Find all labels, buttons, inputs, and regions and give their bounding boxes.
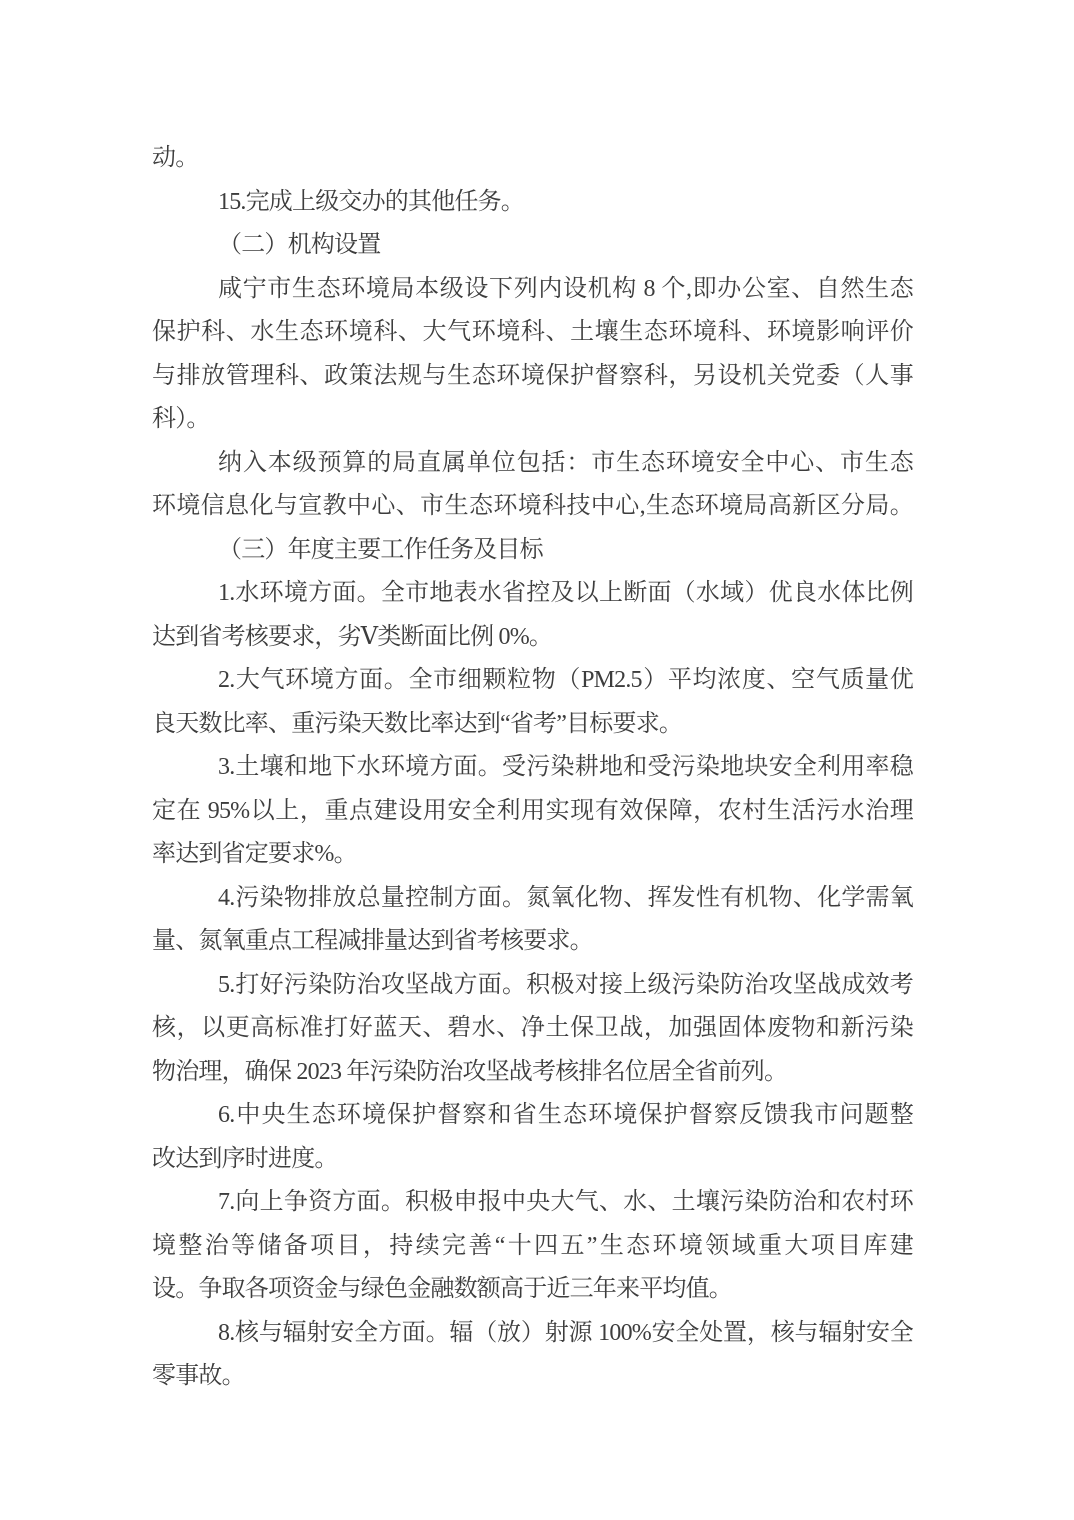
text-line: 咸宁市生态环境局本级设下列内设机构 8 个,即办公室、自然生态	[152, 268, 913, 312]
text-line: 保护科、水生态环境科、大气环境科、土壤生态环境科、环境影响评价	[152, 311, 913, 355]
document-body: 动。15.完成上级交办的其他任务。（二）机构设置咸宁市生态环境局本级设下列内设机…	[152, 137, 913, 1399]
text-line: 率达到省定要求%。	[152, 833, 913, 877]
text-line: 8.核与辐射安全方面。辐（放）射源 100%安全处置，核与辐射安全	[152, 1312, 913, 1356]
text-line: 科）。	[152, 398, 913, 442]
text-line: 3.土壤和地下水环境方面。受污染耕地和受污染地块安全利用率稳	[152, 746, 913, 790]
text-line: 4.污染物排放总量控制方面。氮氧化物、挥发性有机物、化学需氧	[152, 877, 913, 921]
text-line: 纳入本级预算的局直属单位包括：市生态环境安全中心、市生态	[152, 442, 913, 486]
text-line: （二）机构设置	[152, 224, 913, 268]
text-line: 量、氮氧重点工程减排量达到省考核要求。	[152, 920, 913, 964]
text-line: 物治理，确保 2023 年污染防治攻坚战考核排名位居全省前列。	[152, 1051, 913, 1095]
text-line: 核，以更高标准打好蓝天、碧水、净土保卫战，加强固体废物和新污染	[152, 1007, 913, 1051]
text-line: 1.水环境方面。全市地表水省控及以上断面（水域）优良水体比例	[152, 572, 913, 616]
text-line: 境整治等储备项目，持续完善“十四五”生态环境领域重大项目库建	[152, 1225, 913, 1269]
text-line: 动。	[152, 137, 913, 181]
text-line: 15.完成上级交办的其他任务。	[152, 181, 913, 225]
text-line: 定在 95%以上，重点建设用安全利用实现有效保障，农村生活污水治理	[152, 790, 913, 834]
document-page: 动。15.完成上级交办的其他任务。（二）机构设置咸宁市生态环境局本级设下列内设机…	[0, 0, 1074, 1520]
text-line: 设。争取各项资金与绿色金融数额高于近三年来平均值。	[152, 1268, 913, 1312]
text-line: 2.大气环境方面。全市细颗粒物（PM2.5）平均浓度、空气质量优	[152, 659, 913, 703]
text-line: 改达到序时进度。	[152, 1138, 913, 1182]
text-line: 7.向上争资方面。积极申报中央大气、水、土壤污染防治和农村环	[152, 1181, 913, 1225]
text-line: 环境信息化与宣教中心、市生态环境科技中心,生态环境局高新区分局。	[152, 485, 913, 529]
text-line: 5.打好污染防治攻坚战方面。积极对接上级污染防治攻坚战成效考	[152, 964, 913, 1008]
text-line: 良天数比率、重污染天数比率达到“省考”目标要求。	[152, 703, 913, 747]
text-line: （三）年度主要工作任务及目标	[152, 529, 913, 573]
text-line: 达到省考核要求，劣Ⅴ类断面比例 0%。	[152, 616, 913, 660]
text-line: 零事故。	[152, 1355, 913, 1399]
text-line: 与排放管理科、政策法规与生态环境保护督察科，另设机关党委（人事	[152, 355, 913, 399]
text-line: 6.中央生态环境保护督察和省生态环境保护督察反馈我市问题整	[152, 1094, 913, 1138]
